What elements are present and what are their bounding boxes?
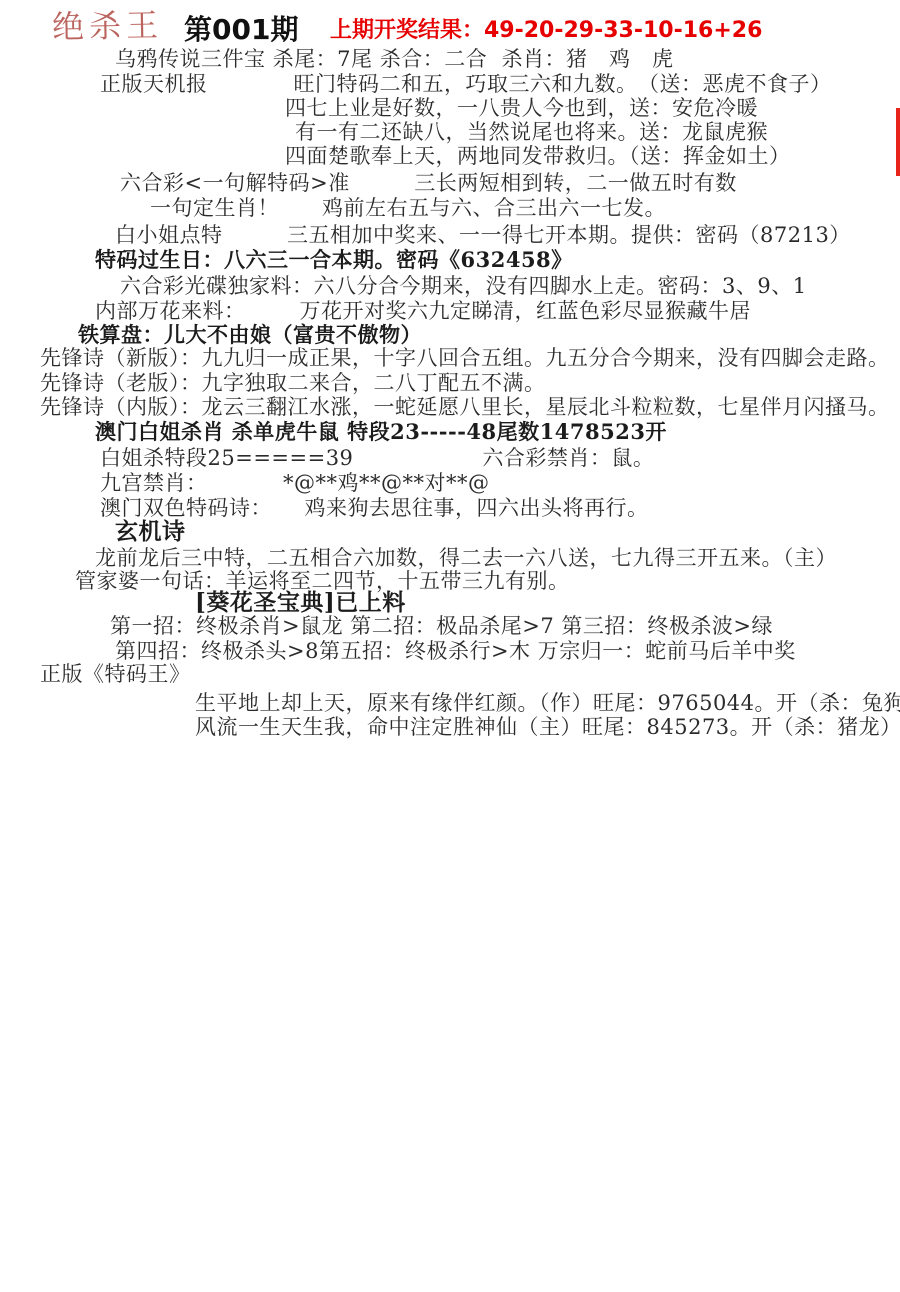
text-line: 龙前龙后三中特，二五相合六加数，得二去一六八送，七九得三开五来。（主） — [95, 546, 837, 570]
text-line: 风流一生天生我，命中注定胜神仙（主）旺尾：845273。开（杀：猪龙） — [195, 715, 900, 739]
text-line: 白姐杀特段25=====39 六合彩禁肖：鼠。 — [100, 446, 654, 470]
text-line: 六合彩光碟独家料：六八分合今期来，没有四脚水上走。密码：3、9、1 — [120, 274, 807, 298]
text-line: 先锋诗（老版）：九字独取二来合，二八丁配五不满。 — [40, 371, 546, 395]
text-line: 先锋诗（新版）：九九归一成正果，十字八回合五组。九五分合今期来，没有四脚会走路。 — [40, 346, 890, 370]
text-line: 内部万花来料： 万花开对奖六九定睇清，红蓝色彩尽显猴藏牛居 — [95, 299, 751, 323]
text-line: 有一有二还缺八，当然说尾也将来。送：龙鼠虎猴 — [295, 120, 768, 144]
text-line: 四面楚歌奉上天，两地同发带救归。（送：挥金如土） — [285, 144, 791, 168]
text-line: 正版《特码王》 — [40, 662, 191, 686]
text-line: 特码过生日：八六三一合本期。密码《632458》 — [95, 248, 573, 272]
text-line: 先锋诗（内版）：龙云三翻江水涨，一蛇延愿八里长，星辰北斗粒粒数，七星伴月闪搔马。 — [40, 395, 890, 419]
issue-number: 第001期 — [184, 8, 298, 48]
lottery-tip-sheet: 绝杀王 第001期 上期开奖结果：49-20-29-33-10-16+26 乌鸦… — [0, 0, 900, 1292]
text-line: 六合彩<一句解特码>准 三长两短相到转，二一做五时有数 — [120, 171, 737, 195]
text-line: 玄机诗 — [115, 520, 186, 544]
text-line: 铁算盘：儿大不由娘（富贵不傲物） — [78, 323, 422, 347]
text-line: 澳门白姐杀肖 杀单虎牛鼠 特段23-----48尾数1478523开 — [95, 420, 667, 444]
text-line: 白小姐点特 三五相加中奖来、一一得七开本期。提供：密码（87213） — [115, 223, 851, 247]
text-line: 正版天机报 旺门特码二和五，巧取三六和九数。 （送：恶虎不食子） — [100, 72, 832, 96]
text-line: 九宫禁肖： *@**鸡**@**对**@ — [100, 471, 490, 495]
text-line: 一句定生肖！ 鸡前左右五与六、合三出六一七发。 — [150, 196, 666, 220]
red-edge-marker — [896, 108, 900, 176]
text-line: 澳门双色特码诗： 鸡来狗去思往事，四六出头将再行。 — [100, 496, 649, 520]
text-line: 四七上业是好数，一八贵人今也到，送：安危冷暖 — [285, 96, 758, 120]
text-line: [葵花圣宝典]已上料 — [195, 591, 406, 615]
text-line: 生平地上却上天，原来有缘伴红颜。（作）旺尾：9765044。开（杀：兔狗） — [195, 691, 900, 715]
text-line: 乌鸦传说三件宝 杀尾：7尾 杀合：二合 杀肖：猪 鸡 虎 — [115, 47, 674, 71]
brand-title: 绝杀王 — [52, 0, 164, 48]
last-draw-result: 上期开奖结果：49-20-29-33-10-16+26 — [330, 13, 762, 44]
text-line: 第四招：终极杀头>8第五招：终极杀行>木 万宗归一：蛇前马后羊中奖 — [115, 639, 796, 663]
text-line: 第一招：终极杀肖>鼠龙 第二招：极品杀尾>7 第三招：终极杀波>绿 — [110, 614, 773, 638]
